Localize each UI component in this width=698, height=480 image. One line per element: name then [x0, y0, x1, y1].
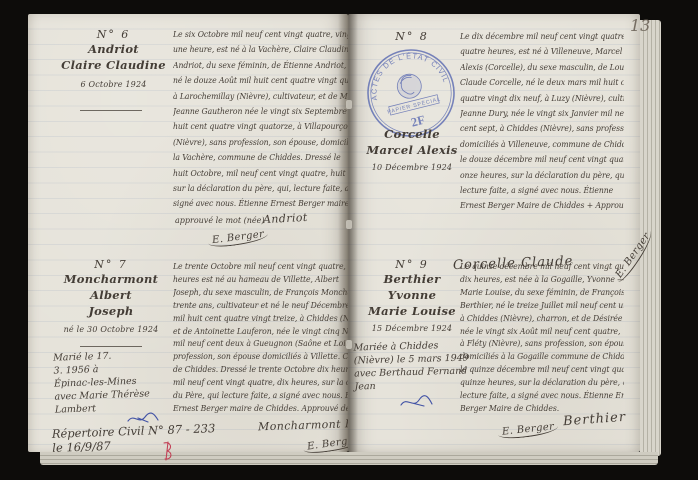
marriage-note-moncharmont: Marié le 17.3. 1956 àÉpinac-les-Minesave… [53, 348, 151, 416]
handwritten-line: une heure, est né à la Vachère, Claire C… [173, 42, 348, 57]
handwritten-line: et de Antoinette Lauferon, née le vingt … [173, 325, 348, 338]
handwritten-line: Ernest Berger maire de Chiddes. Approuvé… [173, 402, 348, 415]
handwritten-line: Marie Louise, du sexe féminin, de Franço… [460, 286, 624, 299]
handwritten-line: Andriot [56, 41, 171, 57]
page-stack-bottom-edge [40, 452, 658, 465]
handwritten-line: Albert [46, 287, 176, 303]
handwritten-line: Andriot, du sexe féminin, de Étienne And… [173, 58, 348, 73]
handwritten-line: Berthier, né le treize Juillet mil neuf … [460, 299, 624, 312]
entry-9-margin: N° 9 BerthierYvonneMarie Louise 15 Décem… [358, 258, 466, 335]
handwritten-line: Le six Octobre mil neuf cent vingt quatr… [173, 27, 348, 42]
entry-8-body: Le dix décembre mil neuf cent vingt quat… [460, 29, 624, 216]
handwritten-line: profession, son épouse domiciliés à Vill… [173, 350, 348, 363]
handwritten-line: du Père, qui lecture faite, a signé avec… [173, 389, 348, 402]
handwritten-line: huit cent quatre vingt quatorze, à Villa… [173, 119, 348, 134]
paraph-icon [398, 394, 434, 410]
entry-9-number: N° 9 [358, 258, 466, 271]
marriage-note-berthier: Mariée à Chiddes(Nièvre) le 5 mars 1949a… [353, 339, 469, 394]
handwritten-line: (Nièvre), sans profession, son épouse, d… [173, 135, 348, 150]
handwritten-line: domiciliés à la Gogaille commune de Chid… [460, 350, 624, 363]
entry-7-number: N° 7 [46, 258, 176, 271]
handwritten-line: Ernest Berger Maire de Chiddes + Approuv… [460, 198, 624, 213]
binding-stitch [346, 100, 352, 109]
folio-number: 13 [630, 16, 650, 35]
handwritten-line: domiciliés à Villeneuve, commune de Chid… [460, 137, 624, 152]
entry-6-approval-note: approuvé le mot (née) [175, 216, 264, 225]
handwritten-line: Moncharmont [46, 271, 176, 287]
page-gutter [338, 14, 358, 452]
entry-9-date: 15 Décembre 1924 [358, 323, 466, 335]
register-left-page: N° 6 AndriotClaire Claudine 6 Octobre 19… [28, 14, 348, 452]
handwritten-line: quatre vingt dix neuf, à Luzy (Nièvre), … [460, 91, 624, 106]
handwritten-line: Joseph [46, 303, 176, 319]
handwritten-line: Corcelle [356, 126, 468, 142]
entry-8-date: 10 Décembre 1924 [356, 162, 468, 174]
entry-6-signature-declarant: Andriot [263, 211, 308, 226]
handwritten-line: trente ans, cultivateur et né le neuf Dé… [173, 299, 348, 312]
entry-6-name: AndriotClaire Claudine [56, 41, 171, 73]
handwritten-line: le douze décembre mil neuf cent vingt qu… [460, 152, 624, 167]
handwritten-line: huit Octobre, mil neuf cent vingt quatre… [173, 166, 348, 181]
handwritten-line: de Chiddes. Dressé le trente Octobre dix… [173, 363, 348, 376]
entry-8-margin: N° 8 [362, 30, 462, 43]
handwritten-line: Le dix décembre mil neuf cent vingt quat… [460, 29, 624, 44]
entry-7-date: né le 30 Octobre 1924 [46, 324, 176, 336]
binding-stitch [346, 340, 352, 349]
handwritten-line: Le trente Octobre mil neuf cent vingt qu… [173, 260, 348, 273]
handwritten-line: mil neuf cent vingt quatre, dix heures, … [173, 376, 348, 389]
signature-flourish: E. Berger [208, 228, 270, 248]
entry-8-names: CorcelleMarcel Alexis 10 Décembre 1924 [356, 126, 468, 174]
handwritten-line: à Larochemillay (Nièvre), cultivateur, e… [173, 89, 348, 104]
paraph-icon [158, 440, 180, 462]
handwritten-line: onze heures, sur la déclaration du père,… [460, 168, 624, 183]
handwritten-line: Le quinze décembre mil neuf cent vingt q… [460, 260, 624, 273]
entry-7-body: Le trente Octobre mil neuf cent vingt qu… [173, 260, 348, 417]
handwritten-line: le quinze décembre mil neuf cent vingt q… [460, 363, 624, 376]
handwritten-line: quinze heures, sur la déclaration du pèr… [460, 376, 624, 389]
handwritten-line: lecture faite, a signé avec nous. Étienn… [460, 389, 624, 402]
handwritten-line: Alexis (Corcelle), du sexe masculin, de … [460, 60, 624, 75]
handwritten-line: Jeanne Gautheron née le vingt six Septem… [173, 104, 348, 119]
stamp-banner-text: PAPIER SPÉCIAL [387, 96, 442, 116]
handwritten-line: Claude Corcelle, né le deux mars mil hui… [460, 75, 624, 90]
entry-7-margin: N° 7 MoncharmontAlbertJoseph né le 30 Oc… [46, 258, 176, 336]
margin-divider [80, 110, 142, 111]
entry-8-name: CorcelleMarcel Alexis [356, 126, 468, 158]
entry-6-number: N° 6 [56, 28, 171, 41]
entry-9-signature-mayor: E. Berger [498, 421, 559, 438]
handwritten-line: cent sept, à Chiddes (Nièvre), sans prof… [460, 121, 624, 136]
entry-9-body: Le quinze décembre mil neuf cent vingt q… [460, 260, 624, 417]
handwritten-line: Claire Claudine [56, 57, 171, 73]
entry-6-date: 6 Octobre 1924 [56, 79, 171, 91]
handwritten-line: Jean [354, 377, 469, 393]
handwritten-line: quatre heures, est né à Villeneuve, Marc… [460, 44, 624, 59]
entry-6-margin: N° 6 AndriotClaire Claudine 6 Octobre 19… [56, 28, 171, 91]
register-right-page: N° 8 ACTES DE L'ÉTAT CIVIL PAPIER SPÉCIA… [348, 14, 640, 452]
handwritten-line: née le vingt six Août mil neuf cent quat… [460, 325, 624, 338]
repertoire-civil-note: Répertoire Civil N° 87 - 233le 16/9/87 [52, 421, 216, 455]
handwritten-line: dix heures, est née à la Gogaille, Yvonn… [460, 273, 624, 286]
handwritten-line: lecture faite, a signé avec nous. Étienn… [460, 183, 624, 198]
handwritten-line: mil huit cent quatre vingt treize, à Chi… [173, 312, 348, 325]
handwritten-line: mil neuf cent deux à Gueugnon (Saône et … [173, 337, 348, 350]
entry-9-signature-declarant: Berthier [563, 410, 627, 429]
scanned-register-spread: N° 6 AndriotClaire Claudine 6 Octobre 19… [0, 0, 698, 480]
handwritten-line: Marie Louise [358, 303, 466, 319]
handwritten-line: signé avec nous. Étienne Ernest Berger m… [173, 196, 348, 211]
handwritten-line: la Vachère, commune de Chiddes. Dressé l… [173, 150, 348, 165]
binding-stitch [346, 220, 352, 229]
entry-9-name: BerthierYvonneMarie Louise [358, 271, 466, 319]
handwritten-line: à Chiddes (Nièvre), charron, et de Désir… [460, 312, 624, 325]
margin-divider [80, 346, 142, 347]
handwritten-line: Jeanne Dury, née le vingt six Janvier mi… [460, 106, 624, 121]
entry-6-body: Le six Octobre mil neuf cent vingt quatr… [173, 27, 348, 214]
handwritten-line: Joseph, du sexe masculin, de François Mo… [173, 286, 348, 299]
signature-flourish: E. Berger [498, 421, 559, 440]
handwritten-line: sur la déclaration du père, qui, lecture… [173, 181, 348, 196]
entry-6-signature-mayor: E. Berger [208, 228, 269, 246]
handwritten-line: Yvonne [358, 287, 466, 303]
handwritten-line: né le douze Août mil huit cent quatre vi… [173, 73, 348, 88]
handwritten-line: Marcel Alexis [356, 142, 468, 158]
entry-7-name: MoncharmontAlbertJoseph [46, 271, 176, 319]
entry-8-number: N° 8 [362, 30, 462, 43]
handwritten-line: Berthier [358, 271, 466, 287]
handwritten-line: à Fléty (Nièvre), sans profession, son é… [460, 337, 624, 350]
handwritten-line: heures est né au hameau de Villette, Alb… [173, 273, 348, 286]
